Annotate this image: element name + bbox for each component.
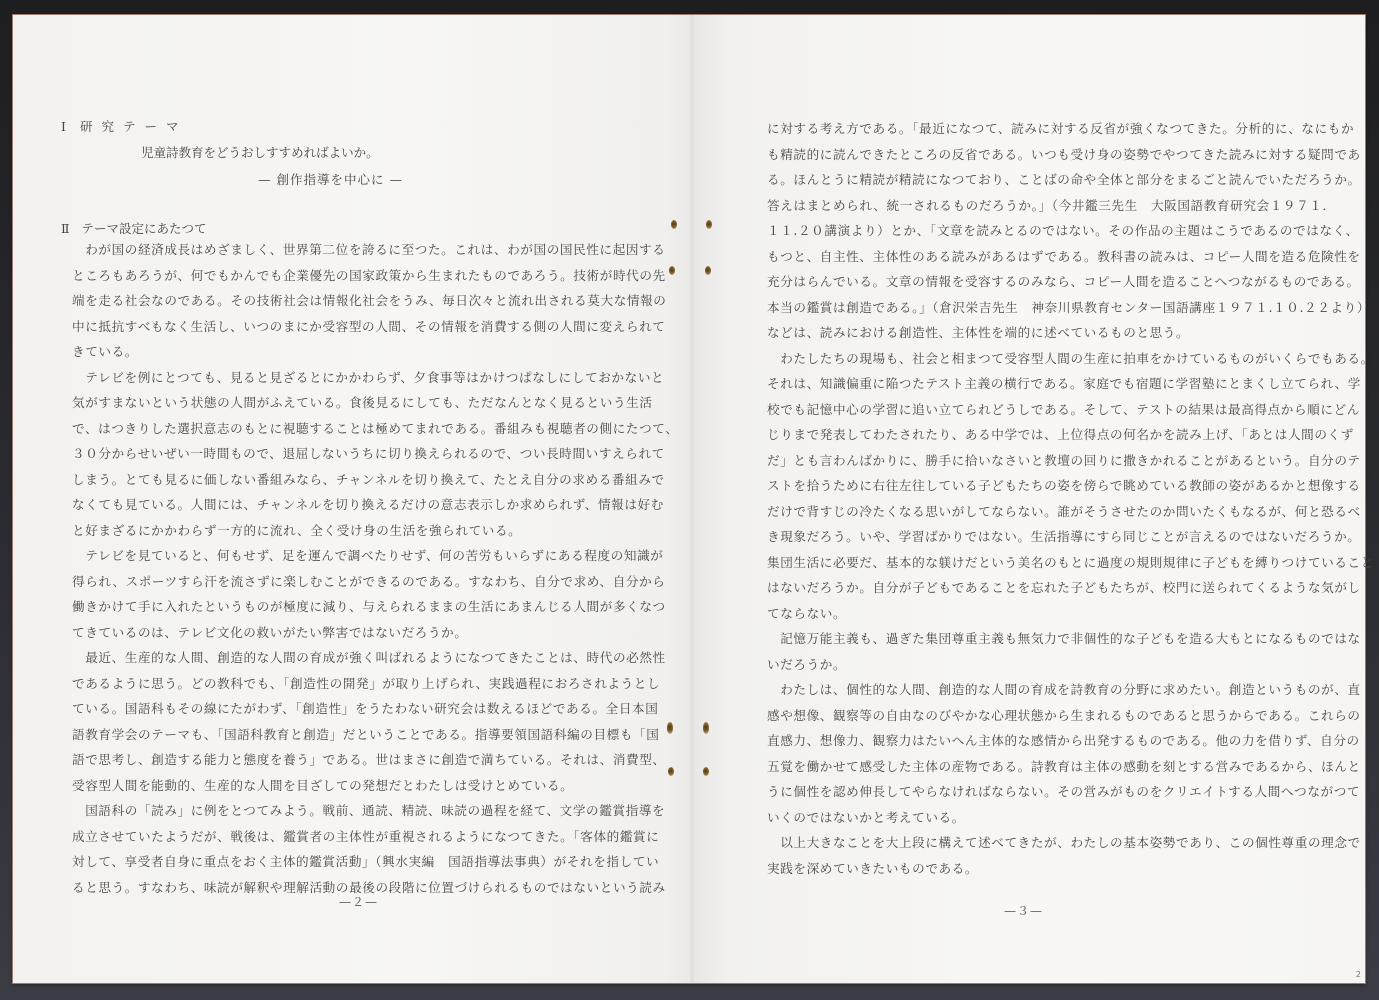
text-line: わたしたちの現場も、社会と相まつて受容型人間の生産に拍車をかけているものがいくら… (767, 346, 1312, 372)
text-line: ている。国語科もその線にたがわず、「創造性」をうたわない研究会は数えるほどである… (72, 696, 632, 722)
text-line: 語で思考し、創造する能力と態度を養う」である。世はまさに創造で満ちている。それは… (72, 747, 632, 773)
text-line: だ」とも言わんばかりに、勝手に拾いなさいと教壇の回りに撒きかれることがあるという… (767, 448, 1312, 474)
page-left: Ⅰ研究テーマ 児童詩教育をどうおしすすめればよいか。 — 創作指導を中心に — … (13, 15, 689, 983)
text-line: 校でも記憶中心の学習に追い立てられどうしである。そして、テストの結果は最高得点か… (767, 397, 1312, 423)
section-heading-research-theme: Ⅰ研究テーマ (61, 117, 187, 135)
section-title: テーマ設定にあたつて (82, 221, 207, 236)
text-line: る。ほんとうに精読が精読になつており、ことばの命や全体と部分をまるごと読んでいた… (767, 167, 1312, 193)
document-spread: Ⅰ研究テーマ 児童詩教育をどうおしすすめればよいか。 — 創作指導を中心に — … (13, 15, 1365, 983)
text-line: 語教育学会のテーマも、「国語科教育と創造」だということである。指導要領国語科編の… (72, 722, 632, 748)
text-line: 対して、享受者自身に重点をおく主体的鑑賞活動」（興水実編 国語指導法事典）がそれ… (72, 849, 632, 875)
text-line: で、はつきりした選択意志のもとに視聴することは極めてまれである。番組みも視聴者の… (72, 416, 632, 442)
text-line: 国語科の「読み」に例をとつてみよう。戦前、通読、精読、味読の過程を経て、文学の鑑… (72, 798, 632, 824)
text-line: 働きかけて手に入れたというものが極度に減り、与えられるままの生活にあまんじる人間… (72, 594, 632, 620)
text-line: 受容型人間を能動的、生産的な人間を目ざしての発想だとわたしは受けとめている。 (72, 773, 632, 799)
text-line: ３０分からせいぜい一時間もので、退屈しないうちに切り換えられるので、つい長時間い… (72, 441, 632, 467)
section-number: Ⅰ (61, 119, 66, 134)
page-number: —２— (339, 893, 378, 910)
theme-subtitle: — 創作指導を中心に — (258, 170, 403, 188)
text-line: 得られ、スポーツすら汗を流さずに楽しむことができるのである。すなわち、自分で求め… (72, 569, 632, 595)
text-line: であるように思う。どの教科でも、「創造性の開発」が取り上げられ、実践過程におろさ… (72, 671, 632, 697)
text-line: 五覚を働かせて感受した主体の産物である。詩教育は主体の感動を刻とする営みであるか… (767, 754, 1312, 780)
text-line: 成立させていたようだが、戦後は、鑑賞者の主体性が重視されるようになつてきた。「客… (72, 824, 632, 850)
text-line: てきているのは、テレビ文化の救いがたい弊害ではないだろうか。 (72, 620, 632, 646)
text-line: しまう。とても見るに価しない番組みなら、チャンネルを切り換えて、たとえ自分の求め… (72, 467, 632, 493)
text-line: いだろうか。 (767, 652, 1312, 678)
text-line: てならない。 (767, 601, 1312, 627)
text-line: ところもあろうが、何でもかんでも企業優先の国家政策から生まれたものであろう。技術… (72, 263, 632, 289)
text-line: 中に抵抗すべもなく生活し、いつのまにか受容型の人間、その情報を消費する側の人間に… (72, 314, 632, 340)
text-line: はないだろうか。自分が子どもであることを忘れた子どもたちが、校門に送られてくるよ… (767, 575, 1312, 601)
section-title: 研究テーマ (80, 119, 188, 134)
page-number: —３— (1004, 902, 1043, 919)
text-line: き現象だろう。いや、学習ばかりではない。生活指導にすら同じことが言えるのではない… (767, 524, 1312, 550)
text-line: 答えはまとめられ、統一されるものだろうか。」（今井鑑三先生 大阪国語教育研究会１… (767, 193, 1312, 219)
text-line: なくても見ている。人間には、チャンネルを切り換えるだけの意志表示しか求められず、… (72, 492, 632, 518)
text-line: １１.２０講演より）とか、「文章を読みとるのではない。その作品の主題はこうである… (767, 218, 1312, 244)
text-line: うに個性を認め伸長してやらなければならない。その営みがものをクリエイトする人間へ… (767, 779, 1312, 805)
text-line: 気がすまないという状態の人間がふえている。食後見るにしても、ただなんとなく見ると… (72, 390, 632, 416)
text-line: 端を走る社会なのである。その技術社会は情報化社会をうみ、毎日次々と流れ出される莫… (72, 288, 632, 314)
text-line: に対する考え方である。「最近になつて、読みに対する反省が強くなつてきた。分析的に… (767, 116, 1312, 142)
text-line: 集団生活に必要だ、基本的な躾けだという美名のもとに過度の規則規律に子どもを縛りつ… (767, 550, 1312, 576)
corner-mark: 2 (1356, 970, 1361, 979)
text-line: 本当の鑑賞は創造である。」（倉沢栄吉先生 神奈川県教育センター国語講座１９７１.… (767, 295, 1312, 321)
text-line: きている。 (72, 339, 632, 365)
text-line: 充分はらんでいる。文章の情報を受容するのみなら、コピー人間を造ることへつながるも… (767, 269, 1312, 295)
text-line: テレビを例にとつても、見ると見ざるとにかかわらず、夕食事等はかけつぱなしにしてお… (72, 365, 632, 391)
text-line: 実践を深めていきたいものである。 (767, 856, 1312, 882)
text-line: わたしは、個性的な人間、創造的な人間の育成を詩教育の分野に求めたい。創造というも… (767, 677, 1312, 703)
text-line: じりまで発表してわたされたり、ある中学では、上位得点の何名かを読み上げ、「あとは… (767, 422, 1312, 448)
text-line: だけで背すじの冷たくなる思いがしてならない。誰がそうさせたのか問いたくもなるが、… (767, 499, 1312, 525)
text-line: 記憶万能主義も、過ぎた集団尊重主義も無気力で非個性的な子どもを造る大もとになるも… (767, 626, 1312, 652)
right-body-text: に対する考え方である。「最近になつて、読みに対する反省が強くなつてきた。分析的に… (767, 116, 1312, 881)
text-line: も精読的に読んできたところの反省である。いつも受け身の姿勢でやつてきた読みに対す… (767, 142, 1312, 168)
text-line: もつと、自主性、主体性のある読みがあるはずである。教科書の読みは、コピー人間を造… (767, 244, 1312, 270)
section-heading-theme-setting: Ⅱテーマ設定にあたつて (61, 219, 207, 237)
left-body-text: わが国の経済成長はめざましく、世界第二位を誇るに至つた。これは、わが国の国民性に… (72, 237, 632, 900)
text-line: わが国の経済成長はめざましく、世界第二位を誇るに至つた。これは、わが国の国民性に… (72, 237, 632, 263)
theme-title: 児童詩教育をどうおしすすめればよいか。 (141, 143, 379, 161)
text-line: 感や想像、観察等の自由なのびやかな心理状態から生まれるものであると思うからである… (767, 703, 1312, 729)
page-right: に対する考え方である。「最近になつて、読みに対する反省が強くなつてきた。分析的に… (695, 15, 1365, 983)
text-line: ストを拾うために右往左往している子どもたちの姿を傍らで眺めている教師の姿があるか… (767, 473, 1312, 499)
text-line: 以上大きなことを大上段に構えて述べてきたが、わたしの基本姿勢であり、この個性尊重… (767, 830, 1312, 856)
text-line: と好まざるにかかわらず一方的に流れ、全く受け身の生活を強られている。 (72, 518, 632, 544)
text-line: 直感力、想像力、観察力はたいへん主体的な感情から出発するものである。他の力を借り… (767, 728, 1312, 754)
section-number: Ⅱ (61, 221, 70, 236)
text-line: 最近、生産的な人間、創造的な人間の育成が強く叫ばれるようになつてきたことは、時代… (72, 645, 632, 671)
text-line: テレビを見ていると、何もせず、足を運んで調べたりせず、何の苦労もいらずにある程度… (72, 543, 632, 569)
text-line: などは、読みにおける創造性、主体性を端的に述べているものと思う。 (767, 320, 1312, 346)
text-line: いくのではないかと考えている。 (767, 805, 1312, 831)
text-line: それは、知識偏重に陥つたテスト主義の横行である。家庭でも宿題に学習塾にとまくし立… (767, 371, 1312, 397)
